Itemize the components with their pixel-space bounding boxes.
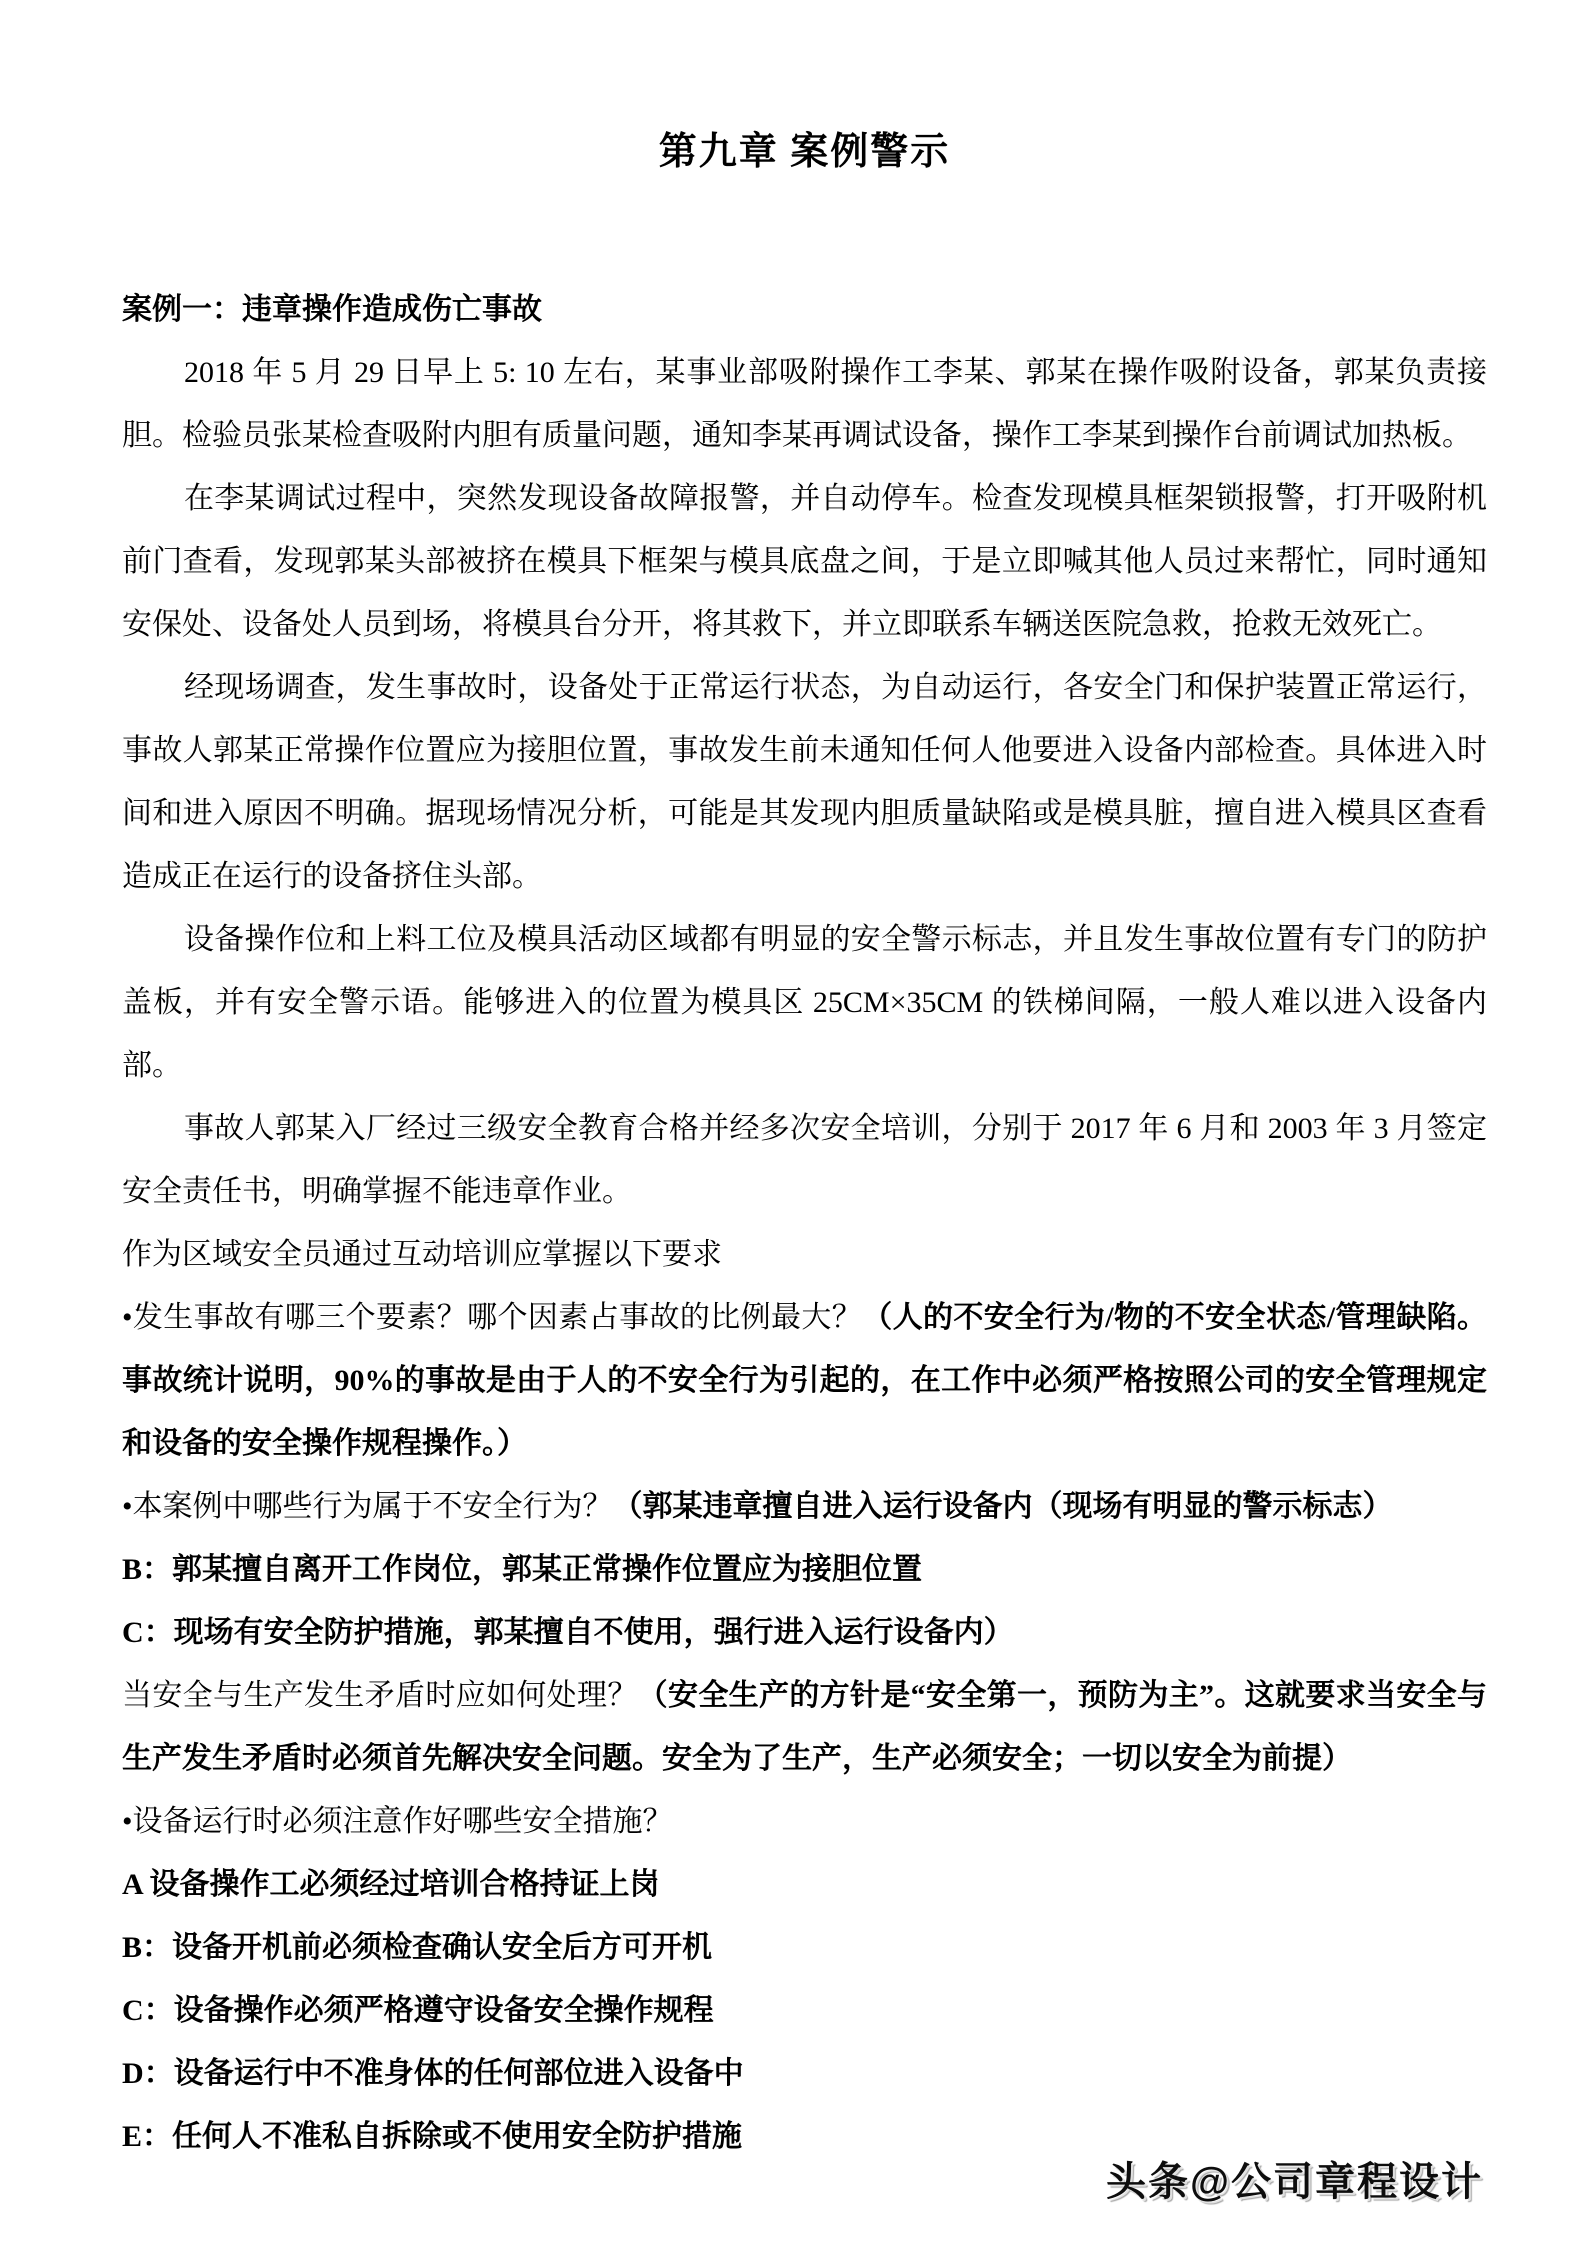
answer-text: D：设备运行中不准身体的任何部位进入设备中 (122, 2057, 744, 2090)
document-page: 第九章 案例警示 案例一：违章操作造成伤亡事故 2018 年 5 月 29 日早… (0, 0, 1587, 2168)
paragraph: C：设备操作必须严格遵守设备安全操作规程 (122, 1979, 1487, 2042)
paragraph: 2018 年 5 月 29 日早上 5: 10 左右，某事业部吸附操作工李某、郭… (122, 341, 1487, 467)
body-text: •设备运行时必须注意作好哪些安全措施？ (122, 1805, 673, 1838)
paragraph: A 设备操作工必须经过培训合格持证上岗 (122, 1853, 1487, 1916)
answer-text: C：现场有安全防护措施，郭某擅自不使用，强行进入运行设备内） (122, 1616, 1014, 1649)
paragraph: B：郭某擅自离开工作岗位，郭某正常操作位置应为接胆位置 (122, 1538, 1487, 1601)
answer-text: E：任何人不准私自拆除或不使用安全防护措施 (122, 2120, 742, 2153)
paragraph: 事故人郭某入厂经过三级安全教育合格并经多次安全培训，分别于 2017 年 6 月… (122, 1097, 1487, 1223)
body-text: 当安全与生产发生矛盾时应如何处理？ (122, 1679, 638, 1712)
answer-text: B：郭某擅自离开工作岗位，郭某正常操作位置应为接胆位置 (122, 1553, 922, 1586)
document-body: 2018 年 5 月 29 日早上 5: 10 左右，某事业部吸附操作工李某、郭… (122, 341, 1487, 2168)
body-text: 设备操作位和上料工位及模具活动区域都有明显的安全警示标志，并且发生事故位置有专门… (122, 923, 1487, 1082)
answer-text: （郭某违章擅自进入运行设备内（现场有明显的警示标志） (613, 1490, 1393, 1523)
watermark: 头条@公司章程设计 (1106, 2150, 1483, 2207)
paragraph: 作为区域安全员通过互动培训应掌握以下要求 (122, 1223, 1487, 1286)
paragraph: 当安全与生产发生矛盾时应如何处理？（安全生产的方针是“安全第一，预防为主”。这就… (122, 1664, 1487, 1790)
body-text: 2018 年 5 月 29 日早上 5: 10 左右，某事业部吸附操作工李某、郭… (122, 356, 1487, 452)
case-heading: 案例一：违章操作造成伤亡事故 (122, 278, 1487, 341)
paragraph: 在李某调试过程中，突然发现设备故障报警，并自动停车。检查发现模具框架锁报警，打开… (122, 467, 1487, 656)
paragraph: 经现场调查，发生事故时，设备处于正常运行状态，为自动运行，各安全门和保护装置正常… (122, 656, 1487, 908)
paragraph: •本案例中哪些行为属于不安全行为？（郭某违章擅自进入运行设备内（现场有明显的警示… (122, 1475, 1487, 1538)
body-text: 经现场调查，发生事故时，设备处于正常运行状态，为自动运行，各安全门和保护装置正常… (122, 671, 1487, 893)
answer-text: C：设备操作必须严格遵守设备安全操作规程 (122, 1994, 714, 2027)
paragraph: 设备操作位和上料工位及模具活动区域都有明显的安全警示标志，并且发生事故位置有专门… (122, 908, 1487, 1097)
answer-text: B：设备开机前必须检查确认安全后方可开机 (122, 1931, 712, 1964)
body-text: •本案例中哪些行为属于不安全行为？ (122, 1490, 613, 1523)
paragraph: D：设备运行中不准身体的任何部位进入设备中 (122, 2042, 1487, 2105)
paragraph: B：设备开机前必须检查确认安全后方可开机 (122, 1916, 1487, 1979)
paragraph: •设备运行时必须注意作好哪些安全措施？ (122, 1790, 1487, 1853)
body-text: 在李某调试过程中，突然发现设备故障报警，并自动停车。检查发现模具框架锁报警，打开… (122, 482, 1487, 641)
answer-text: A 设备操作工必须经过培训合格持证上岗 (122, 1868, 660, 1901)
body-text: 事故人郭某入厂经过三级安全教育合格并经多次安全培训，分别于 2017 年 6 月… (122, 1112, 1487, 1208)
body-text: •发生事故有哪三个要素？哪个因素占事故的比例最大？ (122, 1301, 862, 1334)
chapter-title: 第九章 案例警示 (122, 128, 1487, 176)
paragraph: C：现场有安全防护措施，郭某擅自不使用，强行进入运行设备内） (122, 1601, 1487, 1664)
paragraph: •发生事故有哪三个要素？哪个因素占事故的比例最大？（人的不安全行为/物的不安全状… (122, 1286, 1487, 1475)
body-text: 作为区域安全员通过互动培训应掌握以下要求 (122, 1238, 722, 1271)
